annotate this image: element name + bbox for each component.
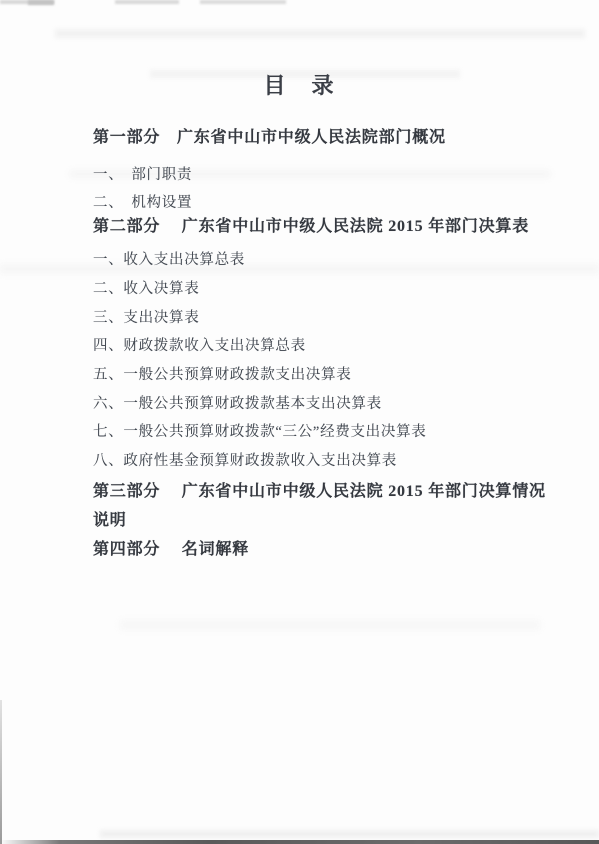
scan-smudge-band: [0, 264, 599, 274]
toc-entry: 七、一般公共预算财政拨款“三公”经费支出决算表: [93, 423, 426, 441]
scan-smudge-band: [55, 29, 585, 38]
toc-entry: 二、收入决算表: [93, 280, 199, 298]
toc-heading-part3: 第三部分 广东省中山市中级人民法院 2015 年部门决算情况: [93, 482, 546, 502]
toc-heading-part4: 第四部分 名词解释: [93, 540, 249, 560]
toc-entry: 一、 部门职责: [93, 166, 192, 184]
toc-entry: 一、收入支出决算总表: [93, 251, 245, 269]
scanned-document-page: 目 录 第一部分 广东省中山市中级人民法院部门概况 一、 部门职责 二、 机构设…: [0, 0, 599, 844]
toc-heading-part3-continued: 说明: [93, 511, 127, 531]
toc-entry: 五、一般公共预算财政拨款支出决算表: [93, 366, 351, 384]
toc-entry: 四、财政拨款收入支出决算总表: [93, 337, 306, 355]
toc-entry: 二、 机构设置: [93, 194, 192, 212]
scan-bottom-edge-line: [0, 840, 599, 844]
scan-smudge-bottom: [100, 830, 599, 838]
toc-entry: 八、政府性基金预算财政拨款收入支出决算表: [93, 452, 397, 470]
toc-heading-part2: 第二部分 广东省中山市中级人民法院 2015 年部门决算表: [93, 217, 529, 237]
toc-entry: 六、一般公共预算财政拨款基本支出决算表: [93, 395, 382, 413]
page-title: 目 录: [0, 69, 599, 100]
toc-entry: 三、支出决算表: [93, 309, 199, 327]
scan-smudge-top-edge: [115, 0, 179, 4]
toc-heading-part1: 第一部分 广东省中山市中级人民法院部门概况: [93, 128, 446, 148]
scan-smudge-top-edge: [0, 0, 54, 4]
scan-smudge-top-edge: [28, 0, 54, 5]
scan-smudge-top-edge: [200, 0, 286, 4]
scan-smudge-band: [120, 620, 540, 630]
scan-left-edge-line: [0, 700, 2, 844]
